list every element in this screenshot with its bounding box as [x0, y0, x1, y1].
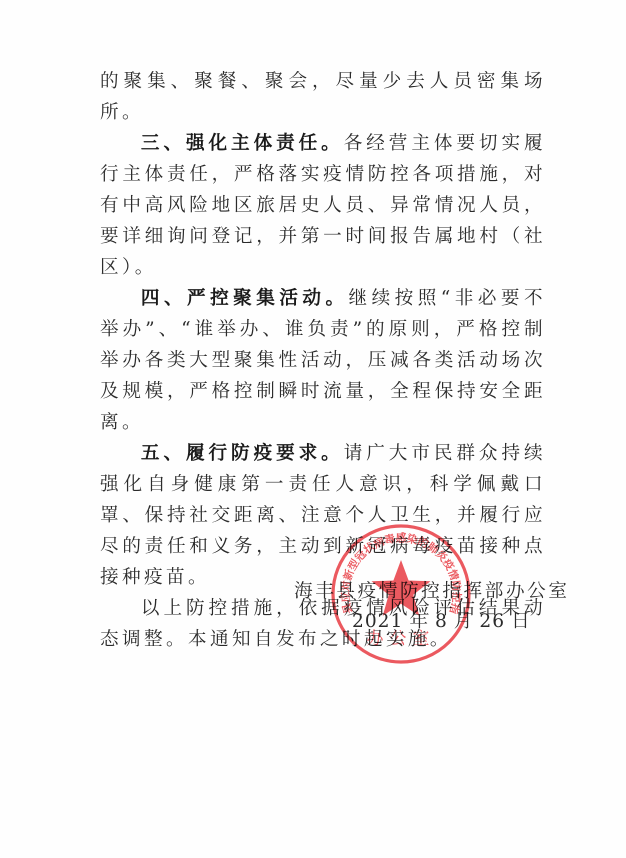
paragraph-text: 的聚集、聚餐、聚会，尽量少去人员密集场所。: [100, 71, 546, 123]
section-text: 各经营主体要切实履行主体责任，严格落实疫情防控各项措施，对有中高风险地区旅居史人…: [100, 133, 546, 278]
document-page: 的聚集、聚餐、聚会，尽量少去人员密集场所。 三、强化主体责任。各经营主体要切实履…: [0, 0, 626, 858]
section-5: 五、履行防疫要求。请广大市民群众持续强化自身健康第一责任人意识，科学佩戴口罩、保…: [100, 438, 546, 593]
section-heading: 四、严控聚集活动。: [141, 288, 349, 309]
section-heading: 五、履行防疫要求。: [141, 443, 344, 464]
section-4: 四、严控聚集活动。继续按照“非必要不举办”、“谁举办、谁负责”的原则，严格控制举…: [100, 283, 546, 438]
section-3: 三、强化主体责任。各经营主体要切实履行主体责任，严格落实疫情防控各项措施，对有中…: [100, 128, 546, 283]
star-icon: [372, 560, 431, 616]
date-day: 26: [479, 611, 505, 632]
document-body: 的聚集、聚餐、聚会，尽量少去人员密集场所。 三、强化主体责任。各经营主体要切实履…: [100, 66, 546, 655]
section-text: 继续按照“非必要不举办”、“谁举办、谁负责”的原则，严格控制举办各类大型聚集性活…: [100, 288, 546, 433]
seal-bottom-text: 办公室: [367, 629, 436, 649]
section-heading: 三、强化主体责任。: [141, 133, 344, 154]
continued-paragraph: 的聚集、聚餐、聚会，尽量少去人员密集场所。: [100, 66, 546, 128]
official-seal: 海丰县应对新型冠状病毒感染的肺炎疫情防控指挥部 办公室: [329, 522, 473, 666]
section-text: 请广大市民群众持续强化自身健康第一责任人意识，科学佩戴口罩、保持社交距离、注意个…: [100, 443, 546, 588]
date-day-unit: 日: [511, 611, 531, 632]
